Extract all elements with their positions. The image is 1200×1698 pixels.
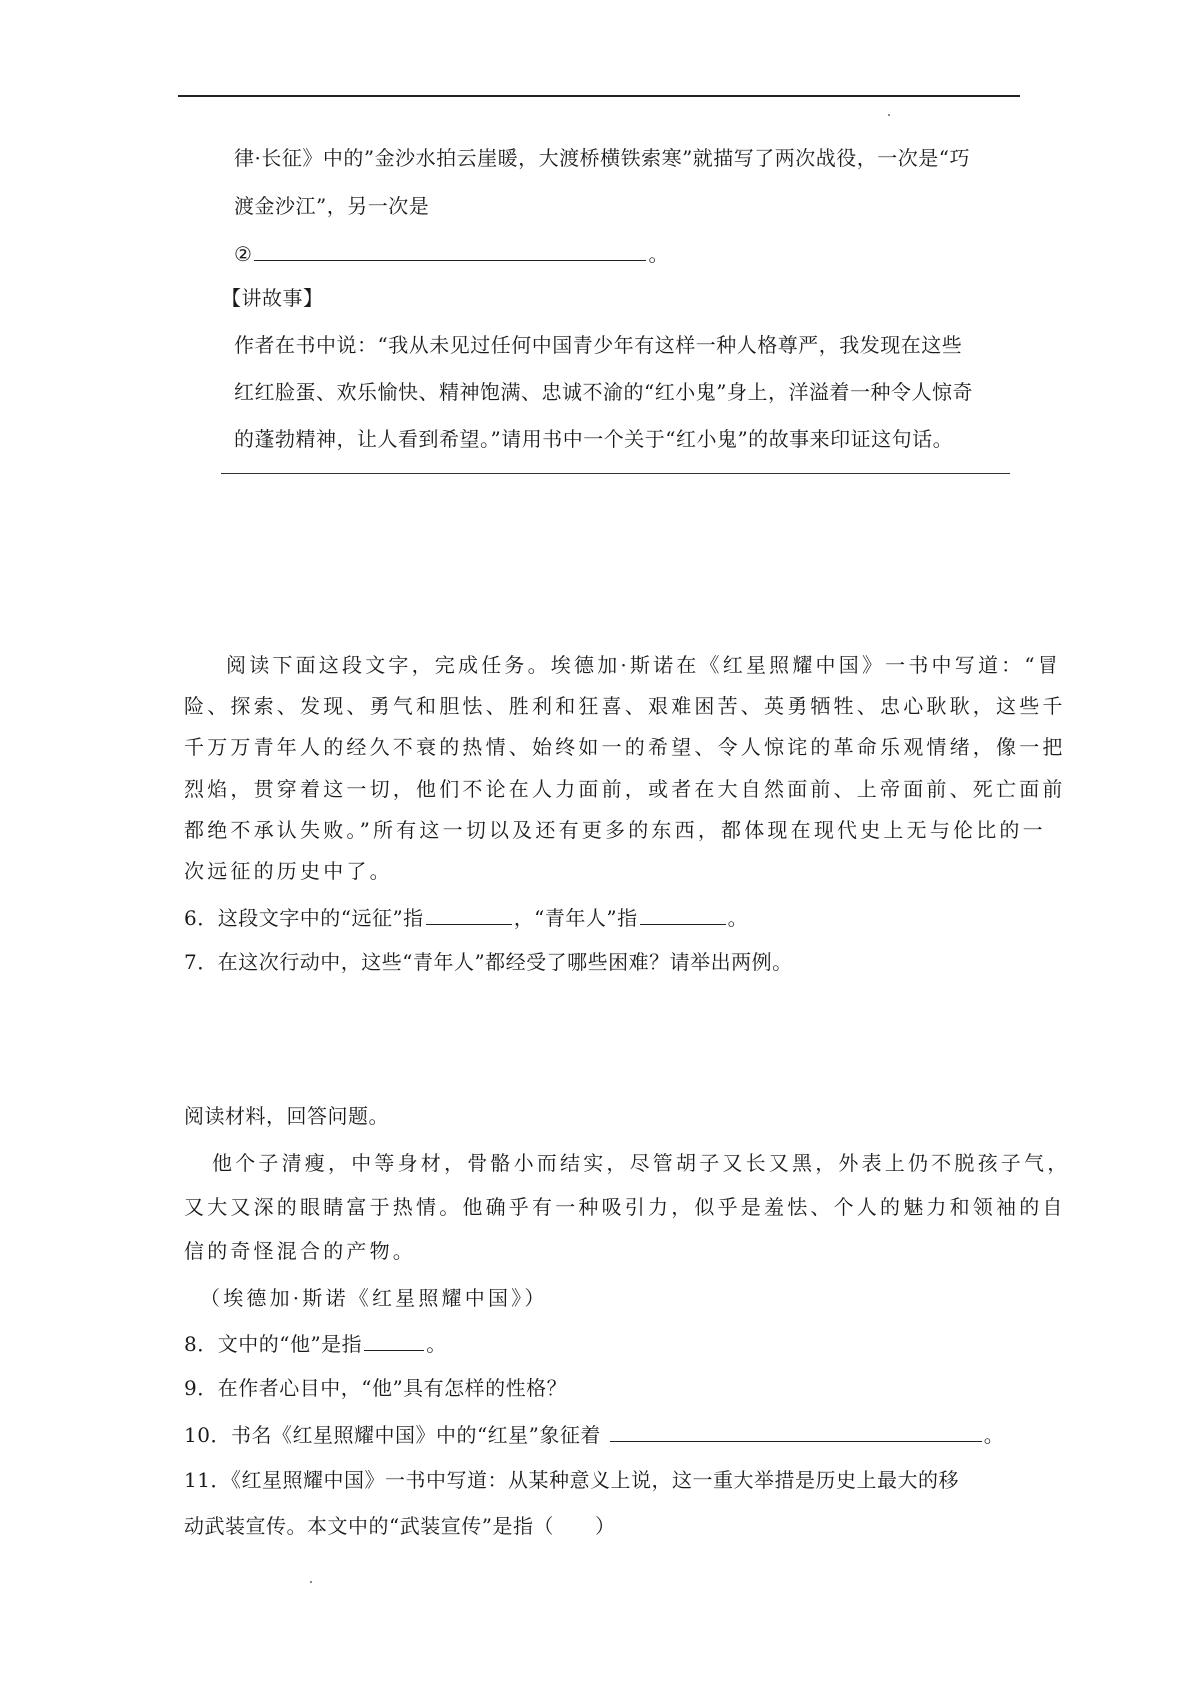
q9-text: 在作者心目中，“他”具有怎样的性格？ (218, 1376, 567, 1400)
passage2-line-1: 阅读下面这段文字，完成任务。埃德加·斯诺在《红星照耀中国》一书中写道：“冒 (226, 653, 1061, 677)
story-line-3: 的蓬勃精神，让人看到希望。”请用书中一个关于“红小鬼”的故事来印证这句话。 (234, 427, 953, 451)
story-answer-line[interactable] (221, 473, 1010, 474)
section1-line-2: 渡金沙江”，另一次是 (234, 194, 429, 218)
story-line-2: 红红脸蛋、欢乐愉快、精神饱满、忠诚不渝的“红小鬼”身上，洋溢着一种令人惊奇 (234, 380, 973, 404)
q9-number: 9． (184, 1376, 218, 1400)
question-11-line-1: 11．《红星照耀中国》一书中写道：从某种意义上说，这一重大举措是历史上最大的移 (184, 1468, 959, 1492)
scan-dot (310, 1581, 312, 1583)
question-11-line-2: 动武装宣传。本文中的“武装宣传”是指（ ） (184, 1514, 615, 1538)
question-9: 9．在作者心目中，“他”具有怎样的性格？ (184, 1376, 567, 1400)
q6-blank-1[interactable] (426, 904, 512, 925)
question-10: 10．书名《红星照耀中国》中的“红星”象征着 。 (184, 1421, 1004, 1447)
q7-text: 在这次行动中，这些“青年人”都经受了哪些困难？请举出两例。 (218, 950, 793, 974)
q8-text: 文中的“他”是指 (218, 1332, 362, 1356)
passage3-line-3: 信的奇怪混合的产物。 (184, 1239, 416, 1263)
passage2-line-4: 烈焰，贯穿着这一切，他们不论在人力面前，或者在大自然面前、上帝面前、死亡面前 (184, 777, 1066, 801)
scan-dot (888, 114, 890, 116)
q8-number: 8． (184, 1332, 218, 1356)
q10-end: 。 (984, 1423, 1005, 1447)
story-line-1: 作者在书中说：“我从未见过任何中国青少年有这样一种人格尊严，我发现在这些 (234, 333, 962, 357)
q10-blank[interactable] (610, 1421, 982, 1442)
q11-number: 11． (184, 1468, 231, 1492)
passage2-line-2: 险、探索、发现、勇气和胆怯、胜利和狂喜、艰难困苦、英勇牺牲、忠心耿耿，这些千 (184, 694, 1066, 718)
q11-text-1: 《红星照耀中国》一书中写道：从某种意义上说，这一重大举措是历史上最大的移 (231, 1468, 959, 1492)
question-6: 6．这段文字中的“远征”指，“青年人”指。 (184, 904, 748, 930)
section3-intro: 阅读材料，回答问题。 (184, 1104, 389, 1128)
passage2-line-6: 次远征的历史中了。 (184, 859, 393, 883)
passage3-line-2: 又大又深的眼睛富于热情。他确乎有一种吸引力，似乎是羞怯、个人的魅力和领袖的自 (184, 1195, 1066, 1219)
answer-blank-2[interactable] (254, 240, 646, 261)
q8-blank[interactable] (364, 1330, 424, 1351)
q6-text-1: 这段文字中的“远征”指 (218, 906, 424, 930)
period: 。 (648, 242, 669, 266)
passage2-line-3: 千万万青年人的经久不衰的热情、始终如一的希望、令人惊诧的革命乐观情绪，像一把 (184, 735, 1066, 759)
story-heading: 【讲故事】 (221, 286, 324, 310)
q6-blank-2[interactable] (640, 904, 726, 925)
q8-end: 。 (426, 1332, 447, 1356)
q6-number: 6． (184, 906, 218, 930)
passage2-line-5: 都绝不承认失败。”所有这一切以及还有更多的东西，都体现在现代史上无与伦比的一 (184, 818, 1046, 842)
q6-text-2: ，“青年人”指 (514, 906, 638, 930)
question-8: 8．文中的“他”是指。 (184, 1330, 447, 1356)
question-7: 7．在这次行动中，这些“青年人”都经受了哪些困难？请举出两例。 (184, 950, 793, 974)
header-rule (178, 95, 1020, 97)
passage3-line-1: 他个子清瘦，中等身材，骨骼小而结实，尽管胡子又长又黑，外表上仍不脱孩子气， (212, 1151, 1070, 1175)
section1-blank-line: ②。 (234, 240, 669, 266)
q10-text: 书名《红星照耀中国》中的“红星”象征着 (231, 1423, 601, 1447)
q7-number: 7． (184, 950, 218, 974)
q10-number: 10． (184, 1423, 231, 1447)
circled-number: ② (234, 242, 252, 266)
passage3-source: （埃德加·斯诺《红星照耀中国》） (200, 1286, 548, 1310)
q6-end: 。 (728, 906, 749, 930)
section1-line-1: 律·长征》中的”金沙水拍云崖暖，大渡桥横铁索寒”就描写了两次战役，一次是“巧 (234, 146, 970, 170)
